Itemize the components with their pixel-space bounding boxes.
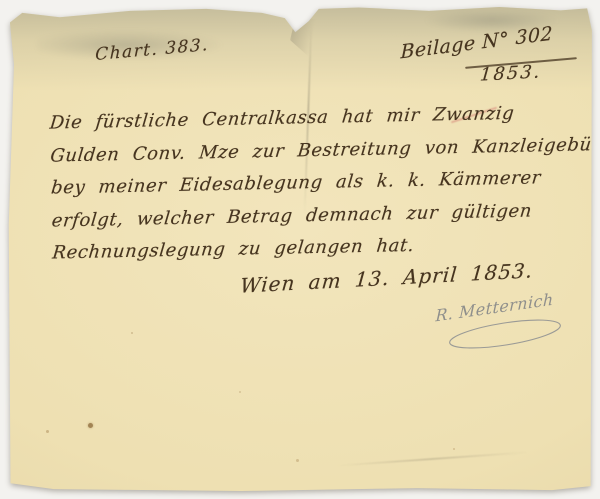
enclosure-year: 1853. — [479, 61, 542, 85]
document-paper: Chart. 383. Beilage N° 302 1853. Die für… — [7, 6, 593, 493]
foxing-spot — [296, 459, 299, 462]
foxing-spot — [131, 332, 133, 334]
foxing-spot — [239, 391, 241, 393]
signature-flourish-icon — [439, 306, 569, 354]
paper-bottom-crease — [337, 451, 527, 466]
foxing-spot — [453, 448, 455, 450]
paper-shadow-wrap: Chart. 383. Beilage N° 302 1853. Die für… — [0, 0, 600, 499]
foxing-spot — [88, 423, 93, 428]
foxing-spot — [46, 430, 49, 433]
photo-background: Chart. 383. Beilage N° 302 1853. Die für… — [0, 0, 600, 499]
letter-body: Die fürstliche Centralkassa hat mir Zwan… — [49, 96, 582, 270]
paper-tear-center — [290, 16, 320, 56]
